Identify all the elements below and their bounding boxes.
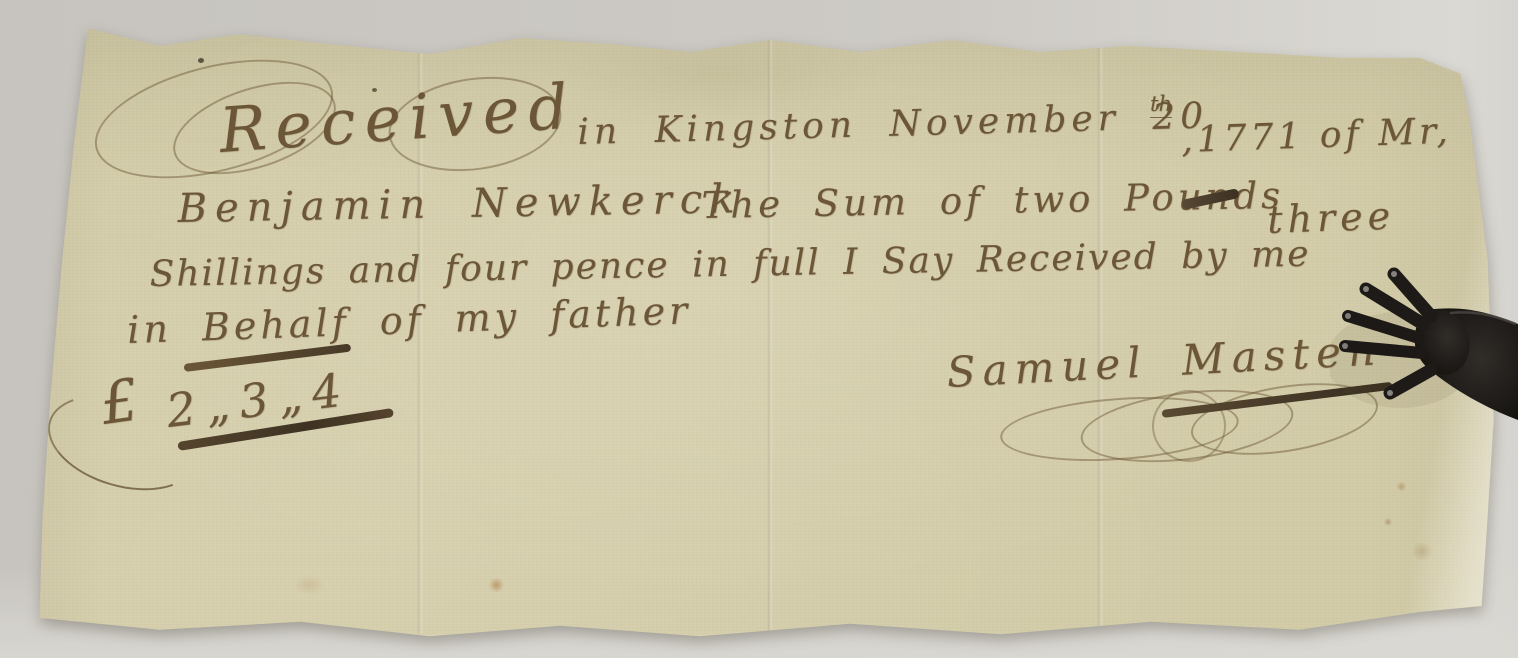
superscript-th: th	[1150, 92, 1172, 118]
payer-name: Benjamin Newkerck	[177, 176, 743, 232]
receipt-paper: Received in Kingston November 20 th ,177…	[0, 0, 1518, 658]
paper-shadow-wrap: Received in Kingston November 20 th ,177…	[0, 0, 1518, 658]
stain-spot	[1384, 518, 1392, 526]
metal-hand-figurine	[1330, 258, 1518, 430]
ink-flourish	[1077, 379, 1298, 473]
stain-spot	[292, 575, 326, 595]
phrase-behalf: in Behalf of my father	[126, 288, 691, 352]
amount-value: 2„3„4	[163, 362, 354, 438]
signature: Samuel Masten	[945, 325, 1383, 397]
amount-currency: £	[97, 366, 143, 438]
word-received: Received	[217, 69, 579, 167]
phrase-year-of: ,1771 of Mr,	[1181, 111, 1453, 161]
ink-flourish	[1152, 390, 1226, 462]
ink-speck	[198, 58, 204, 63]
stain-spot	[488, 578, 505, 592]
stain-spot	[1396, 482, 1407, 491]
phrase-sum: The Sum of two Pounds	[701, 174, 1284, 227]
ink-flourish	[998, 390, 1241, 469]
phrase-shillings: Shillings and four pence in full I Say R…	[149, 234, 1310, 295]
phrase-place-date: in Kingston November 20	[577, 96, 1209, 153]
stain-spot	[1410, 543, 1434, 560]
photo-of-receipt: Received in Kingston November 20 th ,177…	[0, 0, 1518, 658]
